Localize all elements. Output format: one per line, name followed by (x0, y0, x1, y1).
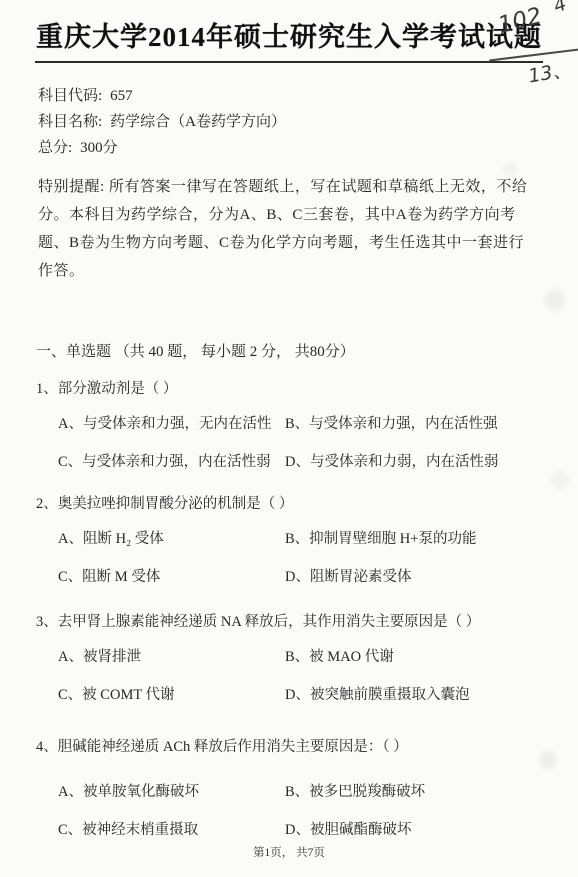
option-c: C、与受体亲和力强，内在活性弱 (58, 452, 285, 472)
option-b: B、抑制胃壁细胞 H+泵的功能 (285, 529, 578, 549)
question-3: 3、去甲肾上腺素能神经递质 NA 释放后，其作用消失主要原因是（ ） A、被肾排… (36, 612, 578, 705)
total-score-label: 总分: (38, 140, 72, 156)
option-a: A、阻断 H₂ 受体 (58, 529, 285, 549)
question-2: 2、奥美拉唑抑制胃酸分泌的机制是（ ） A、阻断 H₂ 受体 B、抑制胃壁细胞 … (36, 494, 578, 587)
option-b: B、被 MAO 代谢 (285, 647, 578, 667)
option-d: D、阻断胃泌素受体 (285, 567, 578, 587)
option-c: C、阻断 M 受体 (58, 567, 285, 587)
special-notice: 特别提醒: 所有答案一律写在答题纸上，写在试题和草稿纸上无效，不给 分。本科目为… (38, 173, 548, 285)
question-stem: 2、奥美拉唑抑制胃酸分泌的机制是（ ） (36, 494, 578, 514)
handwritten-corner-mark: 4 (551, 0, 570, 17)
total-score-value: 300分 (80, 140, 118, 156)
subject-code-label: 科目代码: (38, 88, 102, 104)
exam-paper-page: 4 102 13、 重庆大学2014年硕士研究生入学考试试题 科目代码:657 … (0, 0, 578, 877)
subject-name-label: 科目名称: (38, 114, 102, 130)
option-a: A、与受体亲和力强，无内在活性 (58, 414, 285, 434)
question-stem: 3、去甲肾上腺素能神经递质 NA 释放后，其作用消失主要原因是（ ） (36, 612, 578, 632)
option-d: D、被胆碱酯酶破坏 (285, 820, 578, 840)
option-a: A、被单胺氧化酶破坏 (58, 782, 285, 802)
question-4: 4、胆碱能神经递质 ACh 释放后作用消失主要原因是：（ ） A、被单胺氧化酶破… (36, 737, 578, 840)
option-d: D、被突触前膜重摄取入囊泡 (285, 685, 578, 705)
subject-code-value: 657 (110, 88, 133, 104)
options-grid: A、阻断 H₂ 受体 B、抑制胃壁细胞 H+泵的功能 C、阻断 M 受体 D、阻… (58, 529, 578, 587)
question-stem: 4、胆碱能神经递质 ACh 释放后作用消失主要原因是：（ ） (36, 737, 578, 757)
question-stem: 1、部分激动剂是（ ） (36, 379, 578, 399)
notice-line: 题、B卷为生物方向考题、C卷为化学方向考题，考生任选其中一套进行 (38, 229, 548, 257)
subject-code-row: 科目代码:657 (38, 83, 578, 109)
option-b: B、与受体亲和力强，内在活性强 (285, 414, 578, 434)
option-a: A、被肾排泄 (58, 647, 285, 667)
total-score-row: 总分:300分 (38, 135, 578, 161)
page-title: 重庆大学2014年硕士研究生入学考试试题 (35, 20, 543, 54)
notice-line: 特别提醒: 所有答案一律写在答题纸上，写在试题和草稿纸上无效，不给 (38, 173, 548, 201)
subject-name-row: 科目名称:药学综合（A卷药学方向） (38, 109, 578, 135)
notice-line: 作答。 (38, 257, 548, 285)
options-grid: A、被肾排泄 B、被 MAO 代谢 C、被 COMT 代谢 D、被突触前膜重摄取… (58, 647, 578, 705)
options-grid: A、与受体亲和力强，无内在活性 B、与受体亲和力强，内在活性强 C、与受体亲和力… (58, 414, 578, 472)
notice-line: 分。本科目为药学综合，分为A、B、C三套卷，其中A卷为药学方向考 (38, 201, 548, 229)
option-b: B、被多巴脱羧酶破坏 (285, 782, 578, 802)
options-grid: A、被单胺氧化酶破坏 B、被多巴脱羧酶破坏 C、被神经末梢重摄取 D、被胆碱酯酶… (58, 782, 578, 840)
section-heading-single-choice: 一、单选题 （共 40 题， 每小题 2 分， 共80分） (36, 342, 578, 362)
option-c: C、被 COMT 代谢 (58, 685, 285, 705)
subject-meta: 科目代码:657 科目名称:药学综合（A卷药学方向） 总分:300分 (38, 83, 578, 161)
page-number-footer: 第1页， 共7页 (0, 844, 578, 860)
subject-name-value: 药学综合（A卷药学方向） (110, 114, 286, 130)
option-d: D、与受体亲和力弱，内在活性弱 (285, 452, 578, 472)
question-1: 1、部分激动剂是（ ） A、与受体亲和力强，无内在活性 B、与受体亲和力强，内在… (36, 379, 578, 472)
title-underline-block: 重庆大学2014年硕士研究生入学考试试题 (35, 20, 543, 63)
option-c: C、被神经末梢重摄取 (58, 820, 285, 840)
